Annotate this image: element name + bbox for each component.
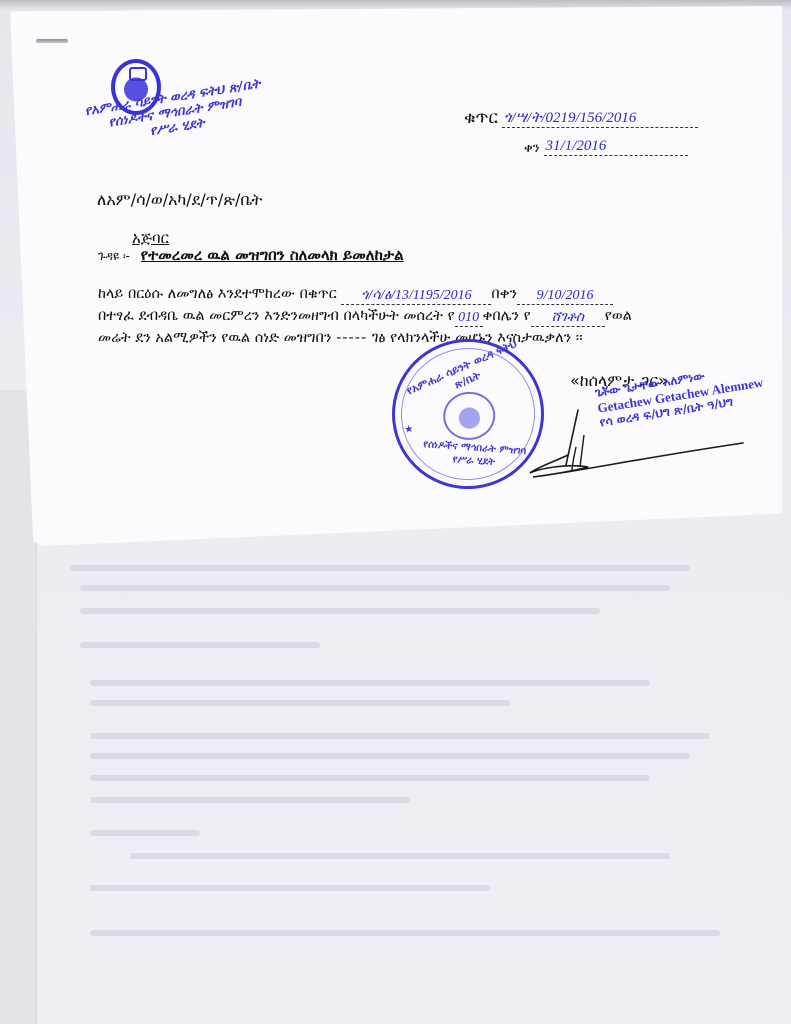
seal-star-icon: ★	[404, 424, 414, 436]
body-line-2: በተፃፈ ደብዳቤ ዉል መርምረን እንድንመዘግብ በላካችሁት መሰረት …	[98, 305, 738, 327]
seal-emblem-icon	[441, 389, 498, 442]
handwritten-site-fill: ሸገቶስ	[531, 310, 605, 327]
body-text: በተፃፈ ደብዳቤ ዉል መርምረን እንድንመዘግብ በላካችሁት መሰረት …	[98, 305, 455, 327]
bleed-through-line	[90, 700, 510, 706]
staple-icon	[36, 39, 68, 43]
bleed-through-line	[90, 753, 690, 759]
handwritten-kebele-fill: 010	[455, 310, 483, 327]
bleed-through-line	[90, 930, 720, 936]
bleed-through-line	[90, 885, 490, 891]
handwritten-signature-icon	[528, 405, 748, 485]
reference-block: ቁጥር ጎ/ሣ/ት/0219/156/2016 ቀን 31/1/2016	[464, 108, 698, 156]
bleed-through-line	[80, 585, 670, 591]
reference-date-label: ቀን	[524, 141, 540, 156]
bleed-through-line	[90, 680, 650, 686]
bleed-through-line	[80, 608, 600, 614]
recipient: ለአም/ሳ/ወ/አካ/ደ/ጥ/ጽ/ቤት	[97, 190, 262, 210]
subject-line: ጉዳዩ ፡- የተመረመረ ዉል መዝግበን ስለመላክ ይመለከታል	[98, 246, 404, 264]
letter-body: ከላይ በርዕሱ ለመግለፅ እንደተሞከረው በቁጥር ጎ/ሳ/ፅ/13/11…	[98, 283, 738, 349]
bleed-through-line	[80, 642, 320, 648]
notice-title: አጅባር	[132, 229, 169, 247]
body-text: በቀን	[491, 283, 517, 305]
handwritten-date-fill: 9/10/2016	[517, 288, 613, 305]
bleed-through-line	[90, 775, 650, 781]
body-text: መሬት ደን አልሚዎችን የዉል ሰነድ መዝግበን	[98, 327, 331, 349]
body-text: የወል	[605, 305, 632, 327]
body-text: ከላይ በርዕሱ ለመግለፅ እንደተሞከረው በቁጥር	[98, 283, 337, 305]
bleed-through-line	[130, 853, 670, 859]
page-count-blank: -----	[336, 327, 367, 349]
bleed-through-line	[90, 830, 200, 836]
handwritten-reference-fill: ጎ/ሳ/ፅ/13/1195/2016	[341, 288, 491, 305]
subject-text: የተመረመረ ዉል መዝግበን ስለመላክ ይመለከታል	[141, 246, 404, 264]
seal-text-bottom: የሰነዶችና ማኅበራት ምዝገባ የሥራ ሂደት	[409, 437, 540, 472]
bleed-through-line	[90, 733, 710, 739]
bleed-through-line	[90, 797, 410, 803]
body-line-3: መሬት ደን አልሚዎችን የዉል ሰነድ መዝግበን ----- ገፅ የላክ…	[98, 327, 738, 349]
reference-number-value: ጎ/ሣ/ት/0219/156/2016	[502, 109, 698, 128]
body-text: ቀበሌን የ	[483, 305, 531, 327]
reference-number-label: ቁጥር	[464, 108, 498, 128]
reference-date-value: 31/1/2016	[544, 138, 688, 156]
bleed-through-line	[70, 565, 690, 571]
subject-label: ጉዳዩ ፡-	[98, 249, 130, 263]
body-line-1: ከላይ በርዕሱ ለመግለፅ እንደተሞከረው በቁጥር ጎ/ሳ/ፅ/13/11…	[98, 283, 738, 305]
